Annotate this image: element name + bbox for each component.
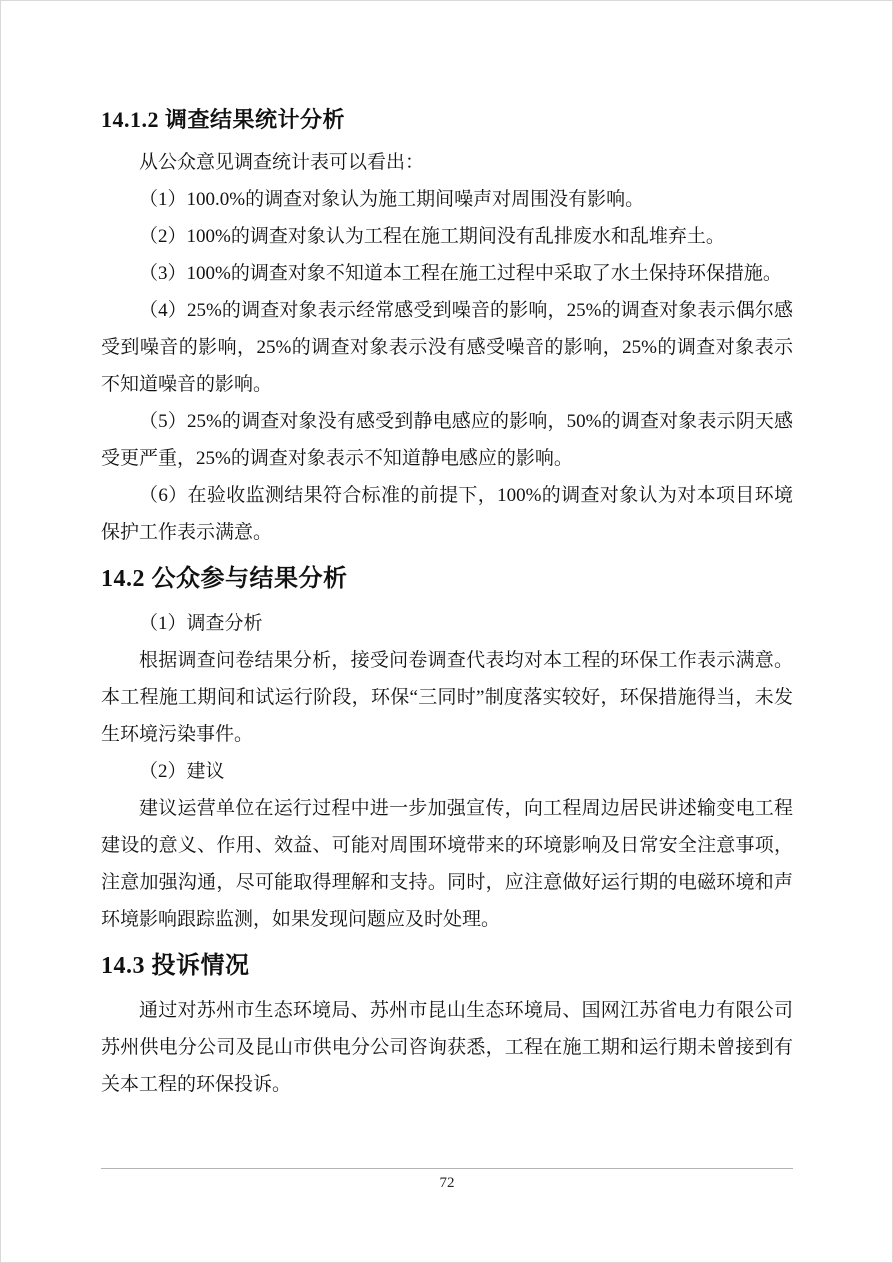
- paragraph-item-3: （3）100%的调查对象不知道本工程在施工过程中采取了水土保持环保措施。: [101, 255, 793, 292]
- paragraph-item-6: （6）在验收监测结果符合标准的前提下，100%的调查对象认为对本项目环境保护工作…: [101, 477, 793, 551]
- document-page: 14.1.2 调查结果统计分析 从公众意见调查统计表可以看出： （1）100.0…: [0, 0, 893, 1263]
- paragraph-complaint-body: 通过对苏州市生态环境局、苏州市昆山生态环境局、国网江苏省电力有限公司苏州供电分公…: [101, 992, 793, 1103]
- document-body: 14.1.2 调查结果统计分析 从公众意见调查统计表可以看出： （1）100.0…: [101, 105, 793, 1103]
- paragraph-suggestion-label: （2）建议: [101, 753, 793, 790]
- footer-divider: [101, 1168, 793, 1169]
- paragraph-item-2: （2）100%的调查对象认为工程在施工期间没有乱排废水和乱堆弃土。: [101, 218, 793, 255]
- paragraph-survey-analysis-body: 根据调查问卷结果分析，接受问卷调查代表均对本工程的环保工作表示满意。本工程施工期…: [101, 642, 793, 753]
- paragraph-item-1: （1）100.0%的调查对象认为施工期间噪声对周围没有影响。: [101, 181, 793, 218]
- paragraph-survey-analysis-label: （1）调查分析: [101, 605, 793, 642]
- paragraph-suggestion-body: 建议运营单位在运行过程中进一步加强宣传，向工程周边居民讲述输变电工程建设的意义、…: [101, 790, 793, 938]
- paragraph-item-4: （4）25%的调查对象表示经常感受到噪音的影响，25%的调查对象表示偶尔感受到噪…: [101, 292, 793, 403]
- heading-14-3-complaint-status: 14.3 投诉情况: [101, 950, 793, 982]
- paragraph-survey-intro: 从公众意见调查统计表可以看出：: [101, 144, 793, 181]
- paragraph-item-5: （5）25%的调查对象没有感受到静电感应的影响，50%的调查对象表示阴天感受更严…: [101, 403, 793, 477]
- heading-14-2-public-participation-result-analysis: 14.2 公众参与结果分析: [101, 563, 793, 595]
- page-number: 72: [101, 1173, 793, 1193]
- heading-14-1-2-survey-result-statistics: 14.1.2 调查结果统计分析: [101, 105, 793, 135]
